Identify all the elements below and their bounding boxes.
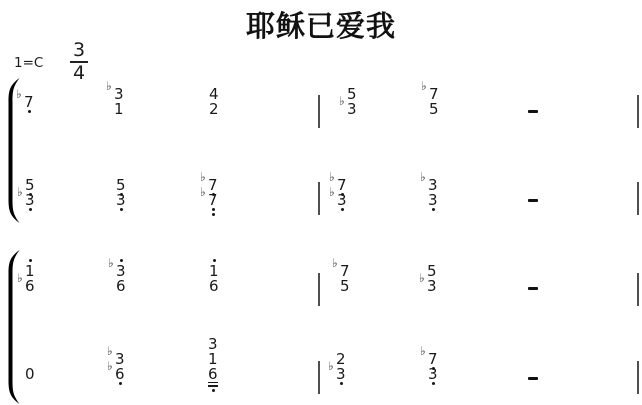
time-sig-numerator: 3	[68, 41, 90, 60]
flat-accidental-icon: ♭	[328, 360, 334, 372]
note-digit: 0	[25, 367, 35, 382]
octave-up-dot	[29, 259, 32, 262]
note-digit: 7	[24, 95, 34, 110]
note-digit: 6	[208, 367, 218, 382]
note-digit: 6	[209, 279, 219, 294]
note-digit: 2	[209, 102, 219, 117]
octave-down-dot	[432, 382, 435, 385]
octave-down-dot	[341, 208, 344, 211]
octave-down-dot	[29, 208, 32, 211]
sheet-music-page: 耶稣已爱我 1=C 3 4 7♭3♭14253♭7♭553♭537♭7♭7♭3♭…	[0, 0, 642, 405]
flat-accidental-icon: ♭	[200, 171, 206, 183]
barline	[318, 273, 320, 306]
note-digit: 3	[428, 193, 438, 208]
time-sig-denominator: 4	[68, 64, 90, 83]
octave-down-dot	[212, 389, 215, 392]
flat-accidental-icon: ♭	[421, 80, 427, 92]
note-digit: 3	[428, 367, 438, 382]
octave-down-dot	[28, 110, 31, 113]
note-digit: 5	[340, 279, 350, 294]
note-digit: 3	[337, 193, 347, 208]
barline	[637, 361, 639, 394]
flat-accidental-icon: ♭	[16, 88, 22, 100]
octave-down-dot	[340, 382, 343, 385]
octave-down-dot	[119, 382, 122, 385]
duration-underline	[208, 385, 219, 387]
flat-accidental-icon: ♭	[17, 186, 23, 198]
barline	[637, 95, 639, 128]
note-digit: 3	[347, 102, 357, 117]
note-digit: 6	[116, 279, 126, 294]
page-title: 耶稣已爱我	[0, 11, 642, 43]
flat-accidental-icon: ♭	[108, 257, 114, 269]
half-note-dash	[528, 377, 538, 380]
note-digit: 7	[208, 193, 218, 208]
octave-up-dot	[213, 259, 216, 262]
flat-accidental-icon: ♭	[106, 80, 112, 92]
half-note-dash	[528, 110, 538, 113]
octave-down-dot	[120, 208, 123, 211]
barline	[637, 182, 639, 215]
flat-accidental-icon: ♭	[107, 360, 113, 372]
octave-up-dot	[120, 259, 123, 262]
note-digit: 5	[429, 102, 439, 117]
flat-accidental-icon: ♭	[420, 345, 426, 357]
flat-accidental-icon: ♭	[17, 272, 23, 284]
flat-accidental-icon: ♭	[200, 186, 206, 198]
flat-accidental-icon: ♭	[107, 345, 113, 357]
note-digit: 3	[116, 193, 126, 208]
flat-accidental-icon: ♭	[420, 171, 426, 183]
barline	[637, 273, 639, 306]
flat-accidental-icon: ♭	[339, 95, 345, 107]
note-digit: 3	[25, 193, 35, 208]
note-digit: 6	[25, 279, 35, 294]
note-digit: 3	[427, 279, 437, 294]
barline	[318, 95, 320, 128]
half-note-dash	[528, 199, 538, 202]
note-digit: 3	[336, 367, 346, 382]
barline	[318, 182, 320, 215]
octave-down-dot	[212, 208, 215, 211]
time-signature: 3 4	[68, 41, 90, 83]
half-note-dash	[528, 287, 538, 290]
octave-down-dot	[212, 213, 215, 216]
octave-down-dot	[432, 208, 435, 211]
note-digit: 6	[115, 367, 125, 382]
flat-accidental-icon: ♭	[332, 257, 338, 269]
flat-accidental-icon: ♭	[329, 171, 335, 183]
key-signature: 1=C	[14, 55, 43, 71]
duration-underline	[208, 382, 219, 384]
note-digit: 1	[114, 102, 124, 117]
flat-accidental-icon: ♭	[419, 272, 425, 284]
barline	[318, 361, 320, 394]
flat-accidental-icon: ♭	[329, 186, 335, 198]
